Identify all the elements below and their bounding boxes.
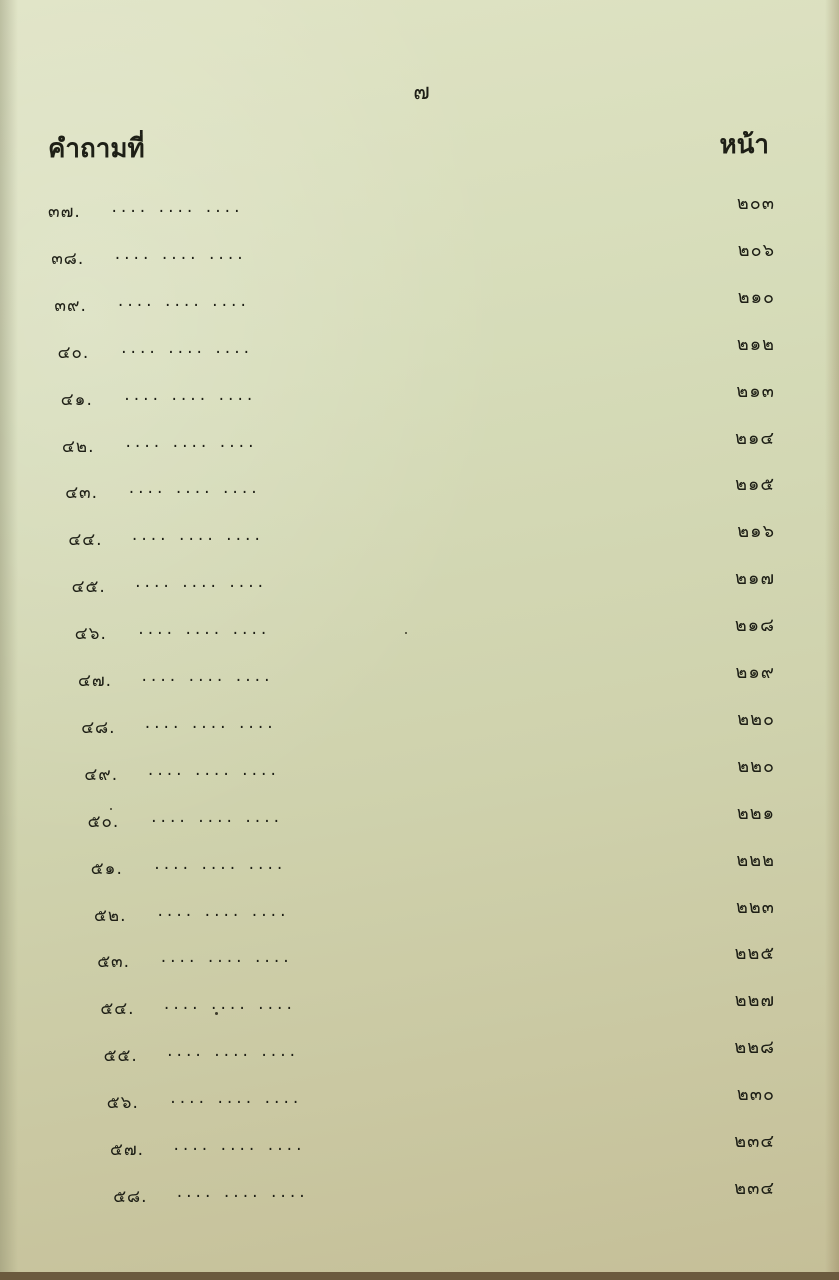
list-item: ๓๘..... .... ....๒๐๖ xyxy=(0,245,839,275)
question-number: ๔๖. xyxy=(75,620,107,647)
page-reference: ๒๒๑ xyxy=(737,798,775,827)
question-number: ๔๗. xyxy=(78,667,112,694)
question-number: ๔๔. xyxy=(68,526,102,553)
dot-leader: .... .... .... xyxy=(124,435,256,451)
question-number: ๔๓. xyxy=(65,479,98,506)
question-column-header: คำถามที่ xyxy=(48,128,145,169)
dot-leader: .... .... .... xyxy=(140,669,272,685)
page-reference: ๒๑๓ xyxy=(736,376,775,405)
dot-leader: .... .... .... xyxy=(162,997,294,1013)
question-number: ๕๘. xyxy=(113,1183,147,1210)
list-item: ๕๖..... .... ....๒๓๐ xyxy=(0,1089,839,1119)
dot-leader: .... .... .... xyxy=(113,247,245,263)
question-number: ๔๒. xyxy=(62,433,94,460)
list-item: ๔๔..... .... ....๒๑๖ xyxy=(0,526,839,556)
dot-leader: .... .... .... xyxy=(172,1138,304,1154)
paper-speck xyxy=(215,1012,218,1015)
list-item: ๔๒..... .... ....๒๑๔ xyxy=(0,433,839,463)
dot-leader: .... .... .... xyxy=(159,950,291,966)
paper-speck xyxy=(405,632,407,634)
page-reference: ๒๑๐ xyxy=(738,282,775,311)
page-reference: ๒๓๔ xyxy=(734,1173,775,1202)
dot-leader: .... .... .... xyxy=(169,1091,301,1107)
question-number: ๔๘. xyxy=(81,714,115,741)
dot-leader: .... .... .... xyxy=(175,1185,307,1201)
question-number: ๕๗. xyxy=(110,1136,144,1163)
list-item: ๕๐..... .... ....๒๒๑ xyxy=(0,808,839,838)
page-reference: ๒๓๐ xyxy=(737,1079,775,1108)
page-reference: ๒๑๘ xyxy=(735,610,775,639)
list-item: ๕๒..... .... ....๒๒๓ xyxy=(0,902,839,932)
page-reference: ๒๒๕ xyxy=(735,938,775,967)
page-reference: ๒๑๖ xyxy=(737,516,775,545)
question-number: ๕๑. xyxy=(91,855,123,882)
dot-leader: .... .... .... xyxy=(110,200,242,216)
dot-leader: .... .... .... xyxy=(123,388,255,404)
question-number: ๓๗. xyxy=(48,198,81,225)
list-item: ๔๘..... .... ....๒๒๐ xyxy=(0,714,839,744)
question-number: ๕๕. xyxy=(104,1042,138,1069)
list-item: ๔๙..... .... ....๒๒๐ xyxy=(0,761,839,791)
dot-leader: .... .... .... xyxy=(153,857,285,873)
page-reference: ๒๑๙ xyxy=(736,657,775,686)
list-item: ๕๓..... .... ....๒๒๕ xyxy=(0,948,839,978)
page-reference: ๒๒๗ xyxy=(735,985,775,1014)
dot-leader: .... .... .... xyxy=(134,575,266,591)
question-number: ๔๐. xyxy=(58,339,90,366)
list-item: ๕๘..... .... ....๒๓๔ xyxy=(0,1183,839,1213)
list-item: ๓๗..... .... ....๒๐๓ xyxy=(0,198,839,228)
list-item: ๔๑..... .... ....๒๑๓ xyxy=(0,386,839,416)
dot-leader: .... .... .... xyxy=(150,810,282,826)
list-item: ๕๕..... .... ....๒๒๘ xyxy=(0,1042,839,1072)
paper-speck xyxy=(110,808,112,810)
page-reference: ๒๒๐ xyxy=(737,704,775,733)
document-page: ๗ คำถามที่ หน้า ๓๗..... .... ....๒๐๓๓๘..… xyxy=(0,0,839,1272)
list-item: ๔๓..... .... ....๒๑๕ xyxy=(0,479,839,509)
page-reference: ๒๒๘ xyxy=(734,1032,775,1061)
dot-leader: .... .... .... xyxy=(166,1044,298,1060)
question-number: ๕๔. xyxy=(100,995,134,1022)
question-number: ๔๑. xyxy=(61,386,93,413)
list-item: ๔๕..... .... ....๒๑๗ xyxy=(0,573,839,603)
question-number: ๕๐. xyxy=(88,808,120,835)
list-item: ๕๗..... .... ....๒๓๔ xyxy=(0,1136,839,1166)
page-column-header: หน้า xyxy=(719,124,769,165)
list-item: ๔๗..... .... ....๒๑๙ xyxy=(0,667,839,697)
page-reference: ๒๒๓ xyxy=(736,892,775,921)
page-reference: ๒๑๕ xyxy=(735,469,775,498)
dot-leader: .... .... .... xyxy=(137,622,269,638)
list-item: ๕๑..... .... ....๒๒๒ xyxy=(0,855,839,885)
page-reference: ๒๑๒ xyxy=(737,329,775,358)
list-item: ๓๙..... .... ....๒๑๐ xyxy=(0,292,839,322)
question-number: ๔๙. xyxy=(84,761,118,788)
page-reference: ๒๐๓ xyxy=(737,188,775,217)
page-number: ๗ xyxy=(0,74,839,109)
list-item: ๔๐..... .... ....๒๑๒ xyxy=(0,339,839,369)
list-item: ๕๔..... .... ....๒๒๗ xyxy=(0,995,839,1025)
question-number: ๔๕. xyxy=(72,573,106,600)
page-reference: ๒๑๔ xyxy=(735,423,775,452)
page-reference: ๒๓๔ xyxy=(734,1126,775,1155)
page-reference: ๒๒๒ xyxy=(736,845,775,874)
page-reference: ๒๒๐ xyxy=(737,751,775,780)
dot-leader: .... .... .... xyxy=(143,716,275,732)
dot-leader: .... .... .... xyxy=(120,341,252,357)
question-number: ๕๖. xyxy=(107,1089,139,1116)
dot-leader: .... .... .... xyxy=(146,763,278,779)
list-item: ๔๖..... .... ....๒๑๘ xyxy=(0,620,839,650)
dot-leader: .... .... .... xyxy=(116,294,248,310)
dot-leader: .... .... .... xyxy=(130,528,262,544)
question-number: ๓๘. xyxy=(51,245,84,272)
question-number: ๓๙. xyxy=(54,292,86,319)
page-reference: ๒๑๗ xyxy=(735,563,775,592)
question-number: ๕๒. xyxy=(94,902,126,929)
dot-leader: .... .... .... xyxy=(156,904,288,920)
question-number: ๕๓. xyxy=(97,948,130,975)
dot-leader: .... .... .... xyxy=(127,481,259,497)
page-reference: ๒๐๖ xyxy=(738,235,775,264)
